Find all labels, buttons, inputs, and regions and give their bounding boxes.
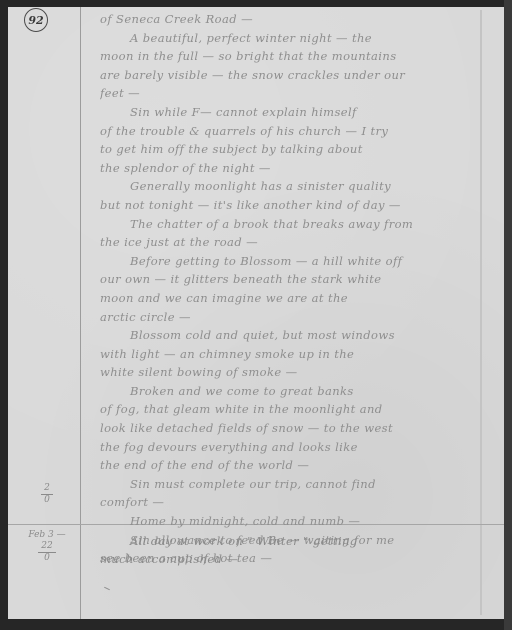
margin-note-bottom: 0 — [44, 495, 50, 505]
text-line: with light — an chimney smoke up in the — [100, 345, 470, 364]
margin-date-line3: 0 — [44, 553, 50, 563]
text-line: Generally moonlight has a sinister quali… — [100, 177, 470, 196]
text-line: of the trouble & quarrels of his church … — [100, 122, 470, 141]
entry-1-margin-note: 2 0 — [32, 483, 62, 506]
text-line: The chatter of a brook that breaks away … — [100, 215, 470, 234]
text-line: Sin while F— cannot explain himself — [100, 103, 470, 122]
text-line: the fog devours everything and looks lik… — [100, 438, 470, 457]
text-line: All day at work on " Winter " getting — [100, 532, 470, 550]
text-line: look like detached fields of snow — to t… — [100, 419, 470, 438]
text-line: comfort — — [100, 493, 470, 512]
text-line: of Seneca Creek Road — — [100, 10, 470, 29]
text-line: our own — it glitters beneath the stark … — [100, 270, 470, 289]
margin-rule — [80, 7, 81, 619]
text-line: Blossom cold and quiet, but most windows — [100, 326, 470, 345]
text-line: of fog, that gleam white in the moonligh… — [100, 400, 470, 419]
text-line: A beautiful, perfect winter night — the — [100, 29, 470, 48]
text-line: Broken and we come to great banks — [100, 382, 470, 401]
entry-1-text: of Seneca Creek Road — A beautiful, perf… — [100, 10, 470, 568]
entry-2-margin-date: Feb 3 — 22 0 — [22, 530, 72, 564]
text-line: arctic circle — — [100, 308, 470, 327]
margin-date-line1: Feb 3 — — [28, 530, 65, 540]
page-number-circle: 92 — [24, 8, 48, 32]
text-line: moon and we can imagine we are at the — [100, 289, 470, 308]
text-line: Home by midnight, cold and numb — — [100, 512, 470, 531]
text-line: the ice just at the road — — [100, 233, 470, 252]
text-line: are barely visible — the snow crackles u… — [100, 66, 470, 85]
text-line: to get him off the subject by talking ab… — [100, 140, 470, 159]
scan-border-right — [504, 0, 512, 630]
margin-date-line2: 22 — [38, 541, 55, 553]
text-line: but not tonight — it's like another kind… — [100, 196, 470, 215]
text-line: the end of the end of the world — — [100, 456, 470, 475]
text-line: the splendor of the night — — [100, 159, 470, 178]
text-line: white silent bowing of smoke — — [100, 363, 470, 382]
page-number: 92 — [28, 14, 43, 27]
text-line: Sin must complete our trip, cannot find — [100, 475, 470, 494]
scanned-document: 92 of Seneca Creek Road — A beautiful, p… — [0, 0, 512, 630]
text-line: much accomplished — — [100, 550, 470, 568]
entry-2-text: All day at work on " Winter " getting mu… — [100, 532, 470, 568]
text-line: moon in the full — so bright that the mo… — [100, 47, 470, 66]
text-line: Before getting to Blossom — a hill white… — [100, 252, 470, 271]
margin-note-top: 2 — [41, 483, 53, 495]
text-line: feet — — [100, 84, 470, 103]
